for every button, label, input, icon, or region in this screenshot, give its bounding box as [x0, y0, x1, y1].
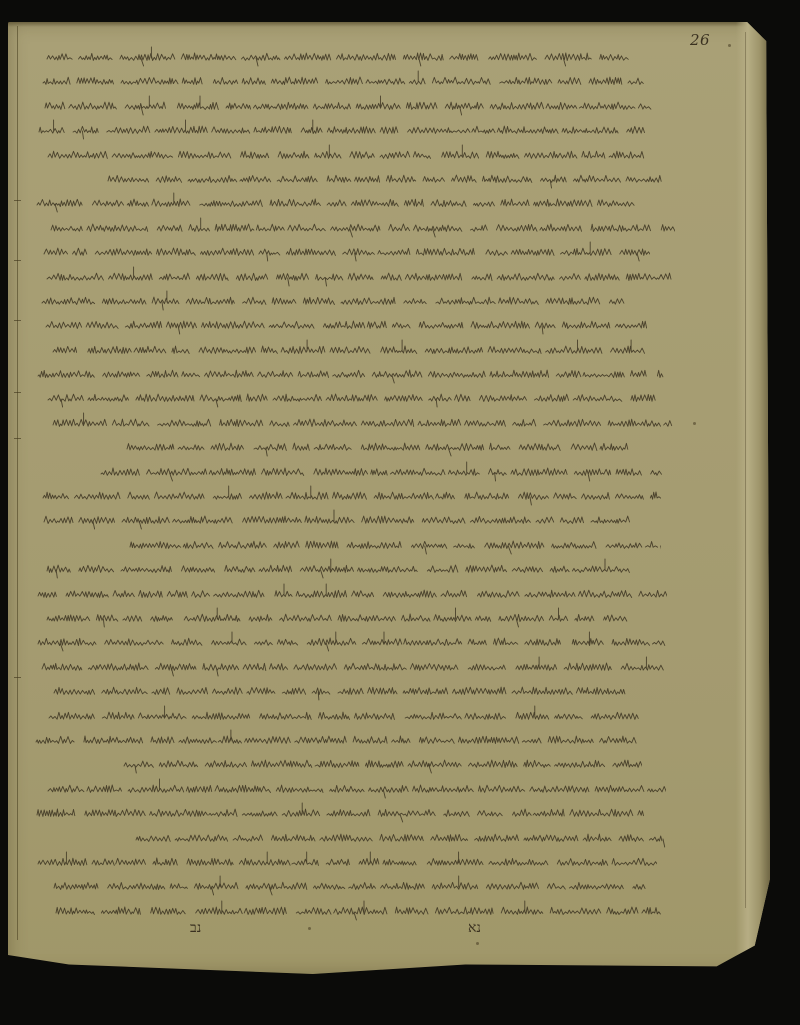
- handwritten-line: [24, 434, 684, 458]
- handwritten-line: [24, 459, 684, 483]
- margin-tick-mark: [14, 677, 21, 678]
- handwritten-line: [24, 629, 684, 653]
- manuscript-text-block: [24, 44, 684, 922]
- handwritten-line: [24, 581, 684, 605]
- handwritten-line: [24, 800, 684, 824]
- manuscript-page: [8, 22, 770, 974]
- handwritten-line: [24, 849, 684, 873]
- handwritten-line: [24, 483, 684, 507]
- handwritten-line: [24, 117, 684, 141]
- handwritten-line: [24, 312, 684, 336]
- handwritten-line: [24, 44, 684, 68]
- handwritten-line: [24, 215, 684, 239]
- handwritten-line: [24, 239, 684, 263]
- footer-page-numeral-right: נא: [468, 920, 481, 937]
- handwritten-line: [24, 556, 684, 580]
- page-edge-crease: [745, 32, 746, 908]
- handwritten-line: [24, 142, 684, 166]
- handwritten-line: [24, 898, 684, 922]
- handwritten-line: [24, 93, 684, 117]
- handwritten-line: [24, 68, 684, 92]
- left-margin-rule: [17, 26, 18, 940]
- handwritten-line: [24, 605, 684, 629]
- handwritten-line: [24, 264, 684, 288]
- handwritten-line: [24, 288, 684, 312]
- handwritten-line: [24, 654, 684, 678]
- handwritten-line: [24, 703, 684, 727]
- handwritten-line: [24, 727, 684, 751]
- handwritten-line: [24, 873, 684, 897]
- handwritten-line: [24, 776, 684, 800]
- handwritten-line: [24, 190, 684, 214]
- margin-tick-mark: [14, 200, 21, 201]
- handwritten-line: [24, 532, 684, 556]
- handwritten-line: [24, 361, 684, 385]
- handwritten-line: [24, 751, 684, 775]
- margin-tick-mark: [14, 392, 21, 393]
- manuscript-scan: 26 נב נא: [0, 0, 800, 1025]
- margin-tick-mark: [14, 260, 21, 261]
- handwritten-line: [24, 507, 684, 531]
- footer-page-numeral-left: נב: [190, 920, 201, 937]
- margin-tick-mark: [14, 320, 21, 321]
- handwritten-line: [24, 410, 684, 434]
- handwritten-line: [24, 385, 684, 409]
- frayed-bottom-edge: [238, 987, 668, 1001]
- handwritten-line: [24, 166, 684, 190]
- margin-tick-mark: [14, 438, 21, 439]
- handwritten-line: [24, 678, 684, 702]
- handwritten-line: [24, 337, 684, 361]
- page-top-edge: [8, 22, 747, 27]
- page-edge-shading: [736, 22, 770, 974]
- handwritten-line: [24, 825, 684, 849]
- folio-number: 26: [690, 31, 710, 49]
